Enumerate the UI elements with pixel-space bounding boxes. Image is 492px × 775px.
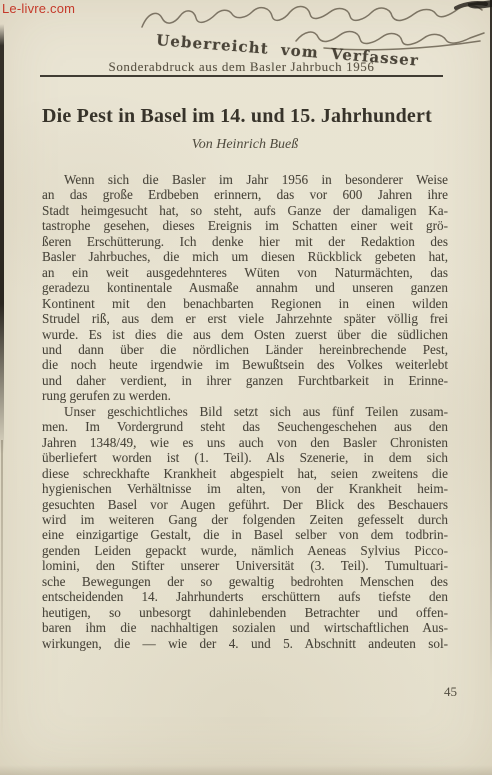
- article-byline: Von Heinrich Bueß: [42, 137, 448, 153]
- paragraph-1: Wenn sich die Basler im Jahr 1956 in bes…: [42, 172, 448, 404]
- page-number: 45: [444, 684, 457, 700]
- text-line: wirkungen, die — wie der 4. und 5. Absch…: [42, 636, 448, 651]
- text-line: entscheidenden 14. Jahrhunderts erschütt…: [42, 589, 448, 604]
- scan-bottom-shadow: [0, 765, 492, 775]
- text-line: die noch heute irgendwie im Bewußtsein d…: [42, 357, 448, 372]
- text-line: rung gerufen zu werden.: [42, 388, 448, 403]
- text-line: gesuchten Basel vor Augen geführt. Der B…: [42, 497, 448, 512]
- text-line: Stadt heimgesucht hat, so steht, aufs Ga…: [42, 203, 448, 218]
- text-line: tastrophe gesehen, dieses Ereignis im Sc…: [42, 218, 448, 233]
- handwriting-stroke: [296, 32, 484, 45]
- series-line: Sonderabdruck aus dem Basler Jahrbuch 19…: [41, 59, 442, 75]
- text-line: baren ihm die nachhaltigen sozialen und …: [42, 620, 448, 635]
- text-line: lomini, den Stifter unserer Universität …: [42, 558, 448, 573]
- text-line: wird im weiteren Gang der folgenden Zeit…: [42, 512, 448, 527]
- text-line: an ein weit ausgedehnteres Wüten von Nat…: [42, 265, 448, 280]
- text-line: überliefert worden ist (1. Teil). Als Sz…: [42, 450, 448, 465]
- scan-edge-left: [0, 24, 4, 454]
- scanned-page: Le-livre.com Ueberreicht vom Verfasser S…: [0, 0, 492, 775]
- text-line: Jahren 1348/49, wie es uns auch von den …: [42, 435, 448, 450]
- body-text: Wenn sich die Basler im Jahr 1956 in bes…: [42, 172, 448, 651]
- text-line: diese schreckhafte Krankheit abgespielt …: [42, 466, 448, 481]
- text-line: heutigen, so unbesorgt dahinlebenden Bet…: [42, 605, 448, 620]
- paragraph-2: Unser geschichtliches Bild setzt sich au…: [42, 404, 448, 651]
- text-line: und daher verdient, in ihrer ganzen Furc…: [42, 373, 448, 388]
- seller-watermark: Le-livre.com: [2, 1, 75, 16]
- text-line: Strudel riß, aus dem er erst viele Jahrz…: [42, 311, 448, 326]
- text-line: wurde. Es ist dies die aus dem Osten zue…: [42, 327, 448, 342]
- text-line: genden Leiden gepackt wurde, nämlich Aen…: [42, 543, 448, 558]
- text-line: und dann über die nördlichen Länder here…: [42, 342, 448, 357]
- text-line: ßeren Erschütterung. Ich denke hier mit …: [42, 234, 448, 249]
- header-rule: [40, 75, 443, 77]
- text-line: sche Bewegungen der so gewaltig bedrohte…: [42, 574, 448, 589]
- text-line: geradezu kontinentale Ausmaße annahm und…: [42, 280, 448, 295]
- text-line: Unser geschichtliches Bild setzt sich au…: [42, 404, 448, 419]
- text-line: an das große Erdbeben erinnern, das vor …: [42, 187, 448, 202]
- text-line: eine einzigartige Gestalt, die in Basel …: [42, 527, 448, 542]
- text-line: Wenn sich die Basler im Jahr 1956 in bes…: [42, 172, 448, 187]
- text-line: Basler Jahrbuches, die mich um diesen Rü…: [42, 249, 448, 264]
- handwriting-stroke: [142, 6, 482, 27]
- text-line: Kontinent mit den benachbarten Regionen …: [42, 296, 448, 311]
- text-line: hygienischen Verhältnisse im alten, von …: [42, 481, 448, 496]
- article-title: Die Pest in Basel im 14. und 15. Jahrhun…: [42, 105, 448, 128]
- text-line: men. Im Vordergrund steht das Seuchenges…: [42, 419, 448, 434]
- scan-edge-left-faint: [1, 440, 3, 740]
